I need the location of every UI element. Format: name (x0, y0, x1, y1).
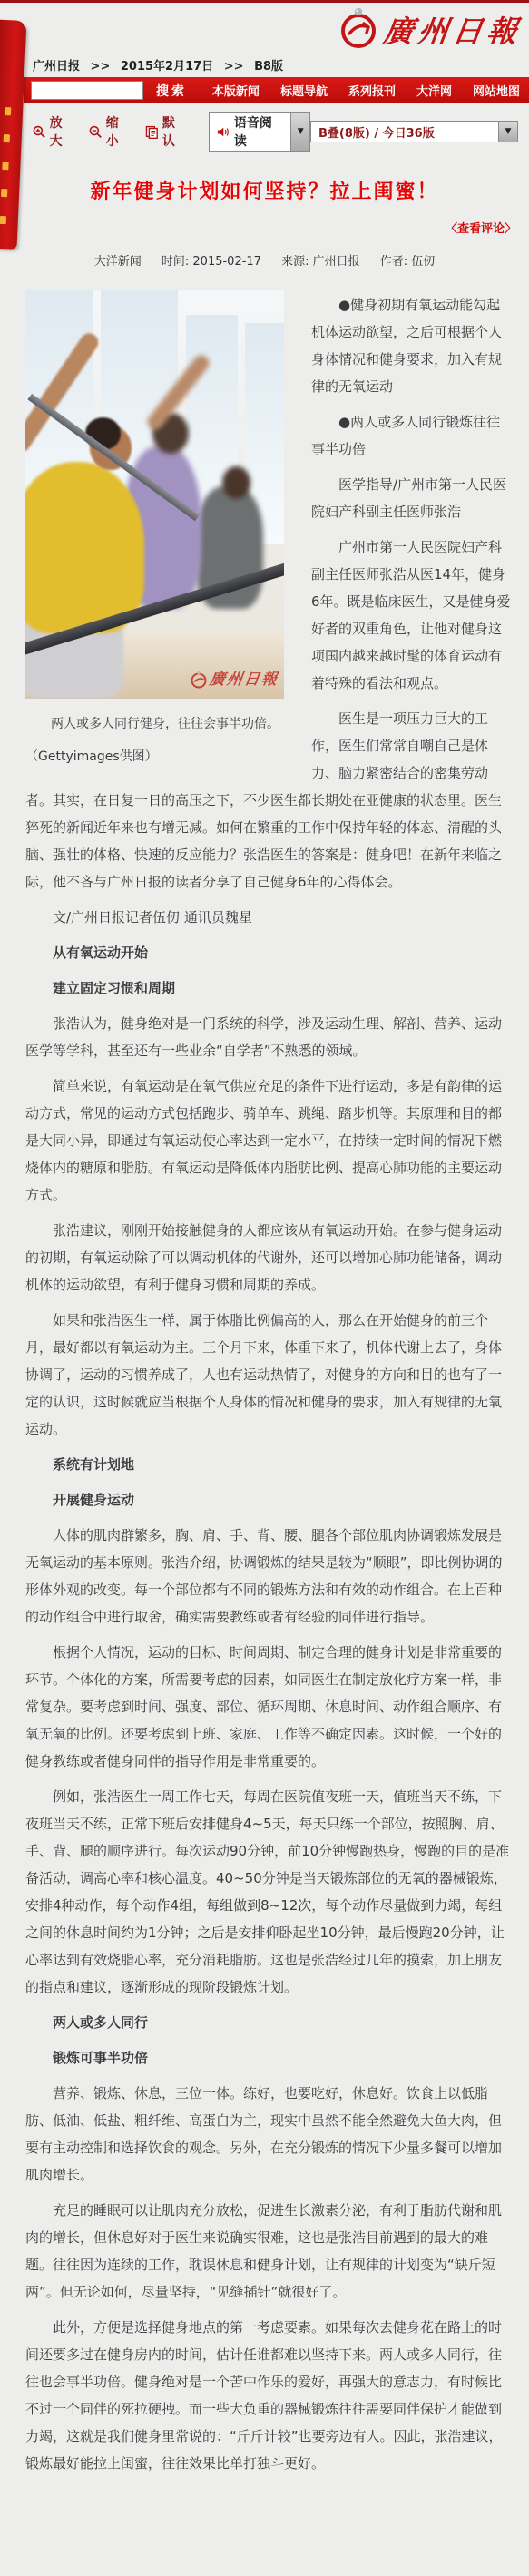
article-paragraph: 人体的肌肉群繁多，胸、肩、手、背、腰、腿各个部位肌肉协调锻炼发展是无氧运动的基本… (25, 1522, 513, 1631)
gzdaily-emblem-icon (337, 6, 380, 52)
article-paragraph: 开展健身运动 (25, 1486, 513, 1513)
page-header: 廣州日報 广州日报 >> 2015年2月17日 >> B8版 (0, 3, 529, 77)
article-paragraph: 简单来说，有氧运动是在氧气供应充足的条件下进行运动，多是有韵律的运动方式，常见的… (25, 1073, 513, 1209)
magnifier-minus-icon (89, 125, 103, 139)
meta-site: 大洋新闻 (94, 255, 142, 269)
gzdaily-emblem-icon (190, 671, 208, 689)
zoom-in-label: 放大 (50, 113, 74, 150)
article-photo: 廣州日報 (25, 290, 284, 699)
search-input[interactable] (31, 81, 143, 100)
meta-author: 作者: 伍仞 (380, 255, 436, 269)
photo-watermark: 廣州日報 (190, 666, 279, 693)
voice-dropdown-arrow[interactable]: ▼ (291, 112, 310, 152)
side-tab-glyph (0, 216, 6, 224)
photo-caption: 两人或多人同行健身，往往会事半功倍。（Gettyimages供图） (25, 708, 293, 773)
article-paragraph: 文/广州日报记者伍仞 通讯员魏星 (25, 904, 513, 931)
meta-source: 来源: 广州日报 (281, 255, 360, 269)
search-button[interactable]: 搜索 (156, 82, 187, 100)
breadcrumb-paper[interactable]: 广州日报 (33, 60, 80, 73)
side-tab-glyph (2, 162, 8, 170)
default-view-button[interactable]: 默认 (145, 113, 187, 150)
edition-select-value[interactable]: B叠(8版) / 今日36版 (310, 121, 499, 142)
article-paragraph: 营养、锻炼、休息，三位一体。练好，也要吃好，休息好。饮食上以低脂肪、低油、低盐、… (25, 2080, 513, 2189)
page-title: 新年健身计划如何坚持？拉上闺蜜！ (0, 176, 529, 204)
zoom-out-label: 缩小 (106, 113, 131, 150)
breadcrumb: 广州日报 >> 2015年2月17日 >> B8版 (33, 56, 283, 73)
nav-link[interactable]: 标题导航 (280, 82, 328, 99)
nav-link[interactable]: 本版新闻 (212, 82, 260, 99)
article-paragraph: 两人或多人同行 (25, 2009, 513, 2036)
article-paragraph: 张浩建议，刚刚开始接触健身的人都应该从有氧运动开始。在参与健身运动的初期，有氧运… (25, 1217, 513, 1298)
document-icon (145, 125, 159, 139)
article-toolbar: 放大 缩小 默认 语音阅读 ▼ B叠(8版) / 今日36版 ▼ (33, 112, 518, 152)
gzdaily-logo-text: 廣州日報 (381, 8, 525, 51)
breadcrumb-edition[interactable]: B8版 (254, 60, 283, 73)
side-tab-glyph (4, 134, 10, 142)
breadcrumb-separator: >> (91, 60, 111, 73)
article-paragraph: 从有氧运动开始 (25, 939, 513, 966)
speaker-icon (217, 126, 230, 138)
article-paragraph: 充足的睡眠可以让肌肉充分放松，促进生长激素分泌，有利于脂肪代谢和肌肉的增长，但休… (25, 2197, 513, 2306)
nav-link[interactable]: 网站地图 (473, 82, 520, 99)
nav-links: 本版新闻 标题导航 系列报刊 大洋网 网站地图 (212, 82, 520, 99)
article-paragraph: 系统有计划地 (25, 1451, 513, 1478)
article-paragraph: 张浩认为，健身绝对是一门系统的科学，涉及运动生理、解剖、营养、运动医学等学科，甚… (25, 1010, 513, 1064)
gzdaily-logo: 廣州日報 (337, 6, 522, 52)
magnifier-plus-icon (33, 125, 46, 139)
article-paragraph: 锻炼可事半功倍 (25, 2044, 513, 2072)
article-photo-figure: 廣州日報 两人或多人同行健身，往往会事半功倍。（Gettyimages供图） (25, 290, 298, 773)
article-paragraph: 此外，方便是选择健身地点的第一考虑要素。如果每次去健身花在路上的时间还要多过在健… (25, 2314, 513, 2477)
article-meta: 大洋新闻 时间: 2015-02-17 来源: 广州日报 作者: 伍仞 (0, 251, 529, 269)
article-paragraph: 建立固定习惯和周期 (25, 975, 513, 1002)
article-body: 廣州日報 两人或多人同行健身，往往会事半功倍。（Gettyimages供图） ●… (0, 269, 529, 2576)
red-nav-bar: 搜索 本版新闻 标题导航 系列报刊 大洋网 网站地图 (24, 77, 529, 103)
side-tab-glyph (1, 189, 7, 197)
zoom-in-button[interactable]: 放大 (33, 113, 74, 150)
default-view-label: 默认 (162, 113, 187, 150)
edition-dropdown-arrow[interactable]: ▼ (499, 121, 518, 142)
article-paragraph: 如果和张浩医生一样，属于体脂比例偏高的人，那么在开始健身的前三个月，最好都以有氧… (25, 1307, 513, 1443)
left-red-side-tab (0, 19, 26, 250)
zoom-out-button[interactable]: 缩小 (89, 113, 131, 150)
nav-link[interactable]: 系列报刊 (348, 82, 396, 99)
view-comments-link[interactable]: 〈查看评论〉 (446, 222, 516, 236)
voice-read-dropdown[interactable]: 语音阅读 ▼ (209, 112, 310, 152)
meta-time: 时间: 2015-02-17 (162, 255, 261, 269)
breadcrumb-separator: >> (224, 60, 244, 73)
man-figure-head (222, 466, 250, 499)
woman-yellow-figure (25, 462, 144, 633)
nav-link[interactable]: 大洋网 (416, 82, 452, 99)
article-paragraph: 例如，张浩医生一周工作七天，每周在医院值夜班一天，值班当天不练，下夜班当天不练，… (25, 1783, 513, 2001)
bottom-whitespace (25, 2485, 513, 2576)
side-tab-glyph (5, 107, 11, 115)
voice-read-label: 语音阅读 (234, 113, 284, 150)
article-paragraph: 根据个人情况，运动的目标、时间周期、制定合理的健身计划是非常重要的环节。个体化的… (25, 1639, 513, 1775)
view-comments-row: 〈查看评论〉 (0, 219, 529, 236)
watermark-text: 廣州日報 (208, 666, 280, 693)
edition-select[interactable]: B叠(8版) / 今日36版 ▼ (310, 121, 518, 142)
breadcrumb-date[interactable]: 2015年2月17日 (121, 60, 213, 73)
voice-read-button[interactable]: 语音阅读 (209, 112, 291, 152)
